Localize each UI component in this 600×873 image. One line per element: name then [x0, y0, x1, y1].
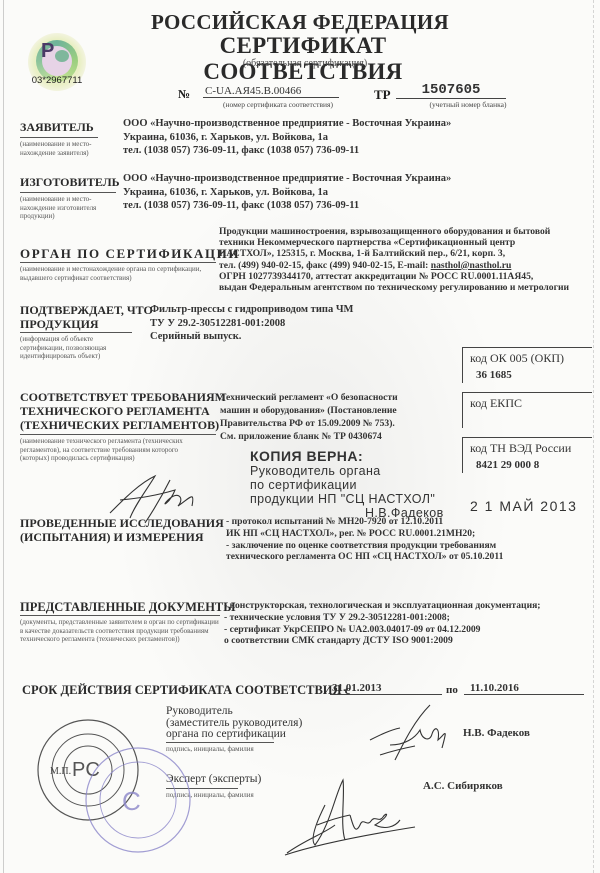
divider [20, 262, 216, 263]
applicant-label: ЗАЯВИТЕЛЬ [20, 120, 94, 135]
validity-label: СРОК ДЕЙСТВИЯ СЕРТИФИКАТА СООТВЕТСТВИЯ с [22, 683, 350, 698]
ekps-code-box: код ЕКПС [462, 392, 592, 428]
product-label: ПОДТВЕРЖДАЕТ, ЧТО ПРОДУКЦИЯ [20, 303, 153, 331]
documents-label: ПРЕДСТАВЛЕННЫЕ ДОКУМЕНТЫ [20, 600, 236, 615]
okp-code-box: код ОК 005 (ОКП) 36 1685 [462, 347, 592, 383]
scan-edge-right [593, 0, 594, 873]
certification-seal-icon: PC C [30, 710, 210, 860]
copy-stamp-date: 2 1 МАЙ 2013 [470, 498, 577, 514]
okp-code-value: 36 1685 [470, 369, 592, 381]
head-name: Н.В. Фадеков [463, 727, 530, 739]
country-title: РОССИЙСКАЯ ФЕДЕРАЦИЯ [150, 10, 450, 35]
svg-text:C: C [122, 786, 141, 816]
tests-label: ПРОВЕДЕННЫЕ ИССЛЕДОВАНИЯ (ИСПЫТАНИЯ) И И… [20, 516, 224, 544]
seal-mp-label: М.П. [50, 766, 71, 777]
manufacturer-label: ИЗГОТОВИТЕЛЬ [20, 175, 120, 190]
tests-details: - протокол испытаний № МН20-7920 от 12.1… [226, 516, 596, 563]
divider [20, 434, 216, 435]
hologram-number: 03*2967711 [28, 75, 86, 86]
regulation-details: Технический регламент «О безопасности ма… [220, 391, 450, 443]
rst-conformity-mark-icon: P 03*2967711 [28, 33, 86, 91]
documents-caption: (документы, представленные заявителем в … [20, 618, 220, 644]
document-subtitle: (обязательная сертификация) [190, 58, 420, 69]
expert-signature-icon [275, 755, 425, 865]
regulation-caption: (наименование технического регламента (т… [20, 437, 205, 463]
applicant-details: ООО «Научно-производственное предприятие… [123, 117, 563, 158]
documents-details: - конструкторская, технологическая и экс… [224, 600, 599, 647]
regulation-label: СООТВЕТСТВУЕТ ТРЕБОВАНИЯМ ТЕХНИЧЕСКОГО Р… [20, 390, 226, 432]
divider [20, 137, 98, 138]
manufacturer-details: ООО «Научно-производственное предприятие… [123, 172, 563, 213]
valid-to-label: по [446, 684, 458, 696]
manufacturer-caption: (наименование и место-нахождение изготов… [20, 195, 112, 221]
expert-name: А.С. Сибиряков [423, 780, 503, 792]
applicant-caption: (наименование и место-нахождение заявите… [20, 140, 102, 157]
divider [20, 332, 132, 333]
certificate-number-caption: (номер сертификата соответствия) [218, 100, 338, 109]
certification-body-details: Продукции машиностроения, взрывозащищенн… [219, 226, 599, 293]
copy-certified-stamp: КОПИЯ ВЕРНА: Руководитель органа по серт… [250, 448, 444, 520]
tnved-code-box: код ТН ВЭД России 8421 29 000 8 [462, 437, 592, 473]
certificate-page: P 03*2967711 РОССИЙСКАЯ ФЕДЕРАЦИЯ СЕРТИФ… [0, 0, 600, 873]
tp-label: ТР [374, 87, 391, 103]
form-number: 1507605 [396, 82, 506, 99]
number-sign: № [178, 87, 190, 102]
valid-from-date: 31.01.2013 [330, 682, 442, 695]
divider [20, 615, 220, 616]
form-number-caption: (учетный номер бланка) [418, 100, 518, 109]
product-details: Фильтр-прессы с гидроприводом типа ЧМ ТУ… [150, 303, 450, 344]
certification-body-label: ОРГАН ПО СЕРТИФИКАЦИИ [20, 246, 240, 262]
email-link[interactable]: nasthol@nasthol.ru [431, 260, 512, 271]
certificate-number: C-UA.АЯ45.В.00466 [203, 85, 339, 98]
scan-edge-left [3, 0, 4, 873]
tnved-code-value: 8421 29 000 8 [470, 459, 592, 471]
valid-to-date: 11.10.2016 [464, 682, 584, 695]
certification-body-caption: (наименование и местонахождение органа п… [20, 265, 220, 282]
product-caption: (информация об объекте сертификации, поз… [20, 335, 138, 361]
divider [20, 192, 116, 193]
